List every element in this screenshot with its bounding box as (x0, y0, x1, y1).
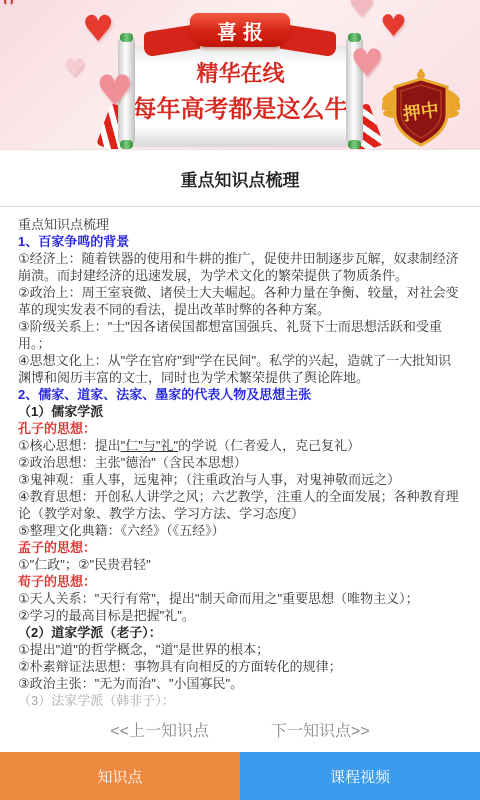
ribbon-banner: 喜报 (190, 13, 290, 47)
content-paragraph: ①核心思想：提出"仁"与"礼"的学说（仁者爱人，克己复礼） (18, 437, 462, 454)
tab-knowledge-points[interactable]: 知识点 (0, 752, 240, 800)
next-topic-link[interactable]: 下一知识点>> (271, 718, 370, 741)
content-paragraph: ①提出"道"的哲学概念，"道"是世界的根本； (18, 641, 462, 658)
content-paragraph: ③阶级关系上："士"因各诸侯国都想富国强兵、礼贤下士而思想活跃和受重用。； (18, 318, 462, 352)
promo-banner: ♥ ♥ ♥ ♥ ♥ ♥ 精华在线 每年高考都是这么牛 喜报 (0, 0, 480, 150)
content-paragraph: ⑤整理文化典籍：《六经》（《五经》） (18, 522, 462, 539)
heart-icon: ♥ (96, 70, 134, 112)
content-paragraph: ②政治思想：主张"德治"（含民本思想） (18, 454, 462, 471)
app-screen: ♥ ♥ ♥ ♥ ♥ ♥ 精华在线 每年高考都是这么牛 喜报 (0, 0, 480, 800)
content-paragraph: 重点知识点梳理 (18, 216, 462, 233)
heart-icon: ♥ (348, 0, 375, 22)
content-paragraph: 荀子的思想： (18, 573, 462, 590)
content-paragraph: （1）儒家学派 (18, 403, 462, 420)
content-paragraph: ④教育思想：开创私人讲学之风；六艺教学，注重人的全面发展；各种教育理论（教学对象… (18, 488, 462, 522)
heart-icon: ♥ (82, 12, 114, 48)
heart-icon: ♥ (64, 56, 86, 80)
scroll-paper: 精华在线 每年高考都是这么牛 (131, 46, 350, 146)
banner-slogan-text: 每年高考都是这么牛 (131, 89, 350, 124)
corner-decoration (4, 0, 13, 6)
content-paragraph: ②学习的最高目标是把握"礼"。 (18, 607, 462, 624)
award-badge-icon: 押中 (382, 68, 460, 150)
content-paragraph: ①"仁政"；②"民贵君轻" (18, 556, 462, 573)
heart-icon: ♥ (350, 44, 384, 82)
content-paragraph: ②朴素辩证法思想：事物具有向相反的方面转化的规律； (18, 658, 462, 675)
page-title: 重点知识点梳理 (181, 166, 300, 191)
content-area: 重点知识点梳理1、百家争鸣的背景①经济上：随着铁器的使用和牛耕的推广，促使井田制… (0, 207, 480, 707)
content-paragraph: 1、百家争鸣的背景 (18, 233, 462, 250)
content-paragraph: （3）法家学派（韩非子）： (18, 692, 462, 707)
content-paragraph: ③政治主张："无为而治"、"小国寡民"。 (18, 675, 462, 692)
ribbon-label: 喜报 (190, 13, 290, 47)
content-paragraph: ④思想文化上：从"学在官府"到"学在民间"。私学的兴起，造就了一大批知识渊博和阅… (18, 352, 462, 386)
content-paragraph: 2、儒家、道家、法家、墨家的代表人物及思想主张 (18, 386, 462, 403)
tab-course-videos[interactable]: 课程视频 (240, 752, 480, 800)
content-paragraph: 孟子的思想： (18, 539, 462, 556)
content-paragraph: （2）道家学派（老子）： (18, 624, 462, 641)
heart-icon: ♥ (380, 12, 407, 42)
prev-topic-link[interactable]: <<上一知识点 (110, 718, 209, 741)
content-paragraph: ①天人关系："天行有常"，提出"制天命而用之"重要思想（唯物主义）； (18, 590, 462, 607)
content-paragraph: ②政治上：周王室衰微、诸侯士大夫崛起。各种力量在争衡、较量，对社会变革的现实发表… (18, 284, 462, 318)
content-paragraph: 孔子的思想： (18, 420, 462, 437)
content-paragraph: ①经济上：随着铁器的使用和牛耕的推广，促使井田制逐步瓦解，奴隶制经济崩溃。而封建… (18, 250, 462, 284)
content-paragraph: ③鬼神观：重人事，远鬼神；（注重政治与人事，对鬼神敬而远之） (18, 471, 462, 488)
topic-pager: <<上一知识点 下一知识点>> (0, 707, 480, 752)
bottom-tab-bar: 知识点 课程视频 (0, 752, 480, 800)
page-header: 重点知识点梳理 (0, 150, 480, 207)
banner-brand-text: 精华在线 (131, 57, 350, 88)
